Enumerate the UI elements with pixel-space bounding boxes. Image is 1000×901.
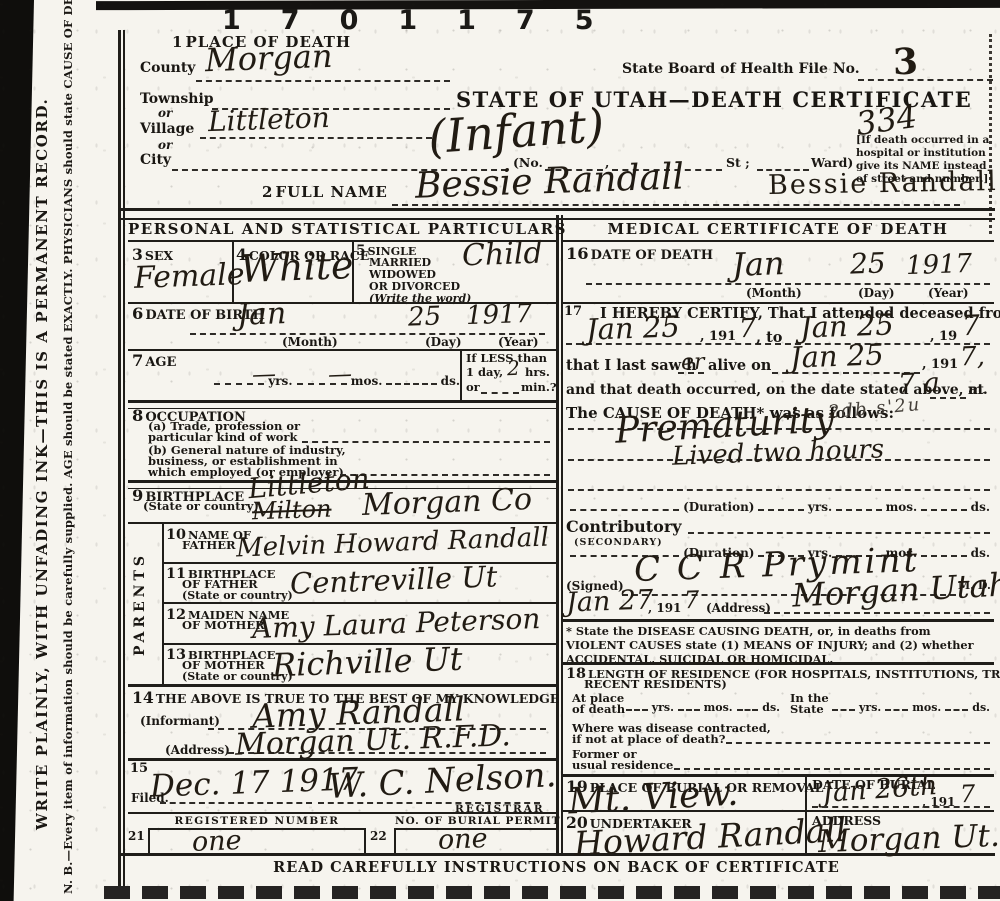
residence-at-place-2: of death: [572, 703, 625, 716]
file-no-line: [858, 79, 993, 81]
dashed-line: [945, 709, 968, 711]
age-or-label: or: [466, 381, 480, 394]
age-units-row: yrs. mos. ds.: [210, 368, 460, 388]
certify-year-2-value: 7: [962, 312, 981, 341]
contributory-label: Contributory: [566, 518, 682, 536]
marital-value: Child: [462, 239, 544, 272]
dod-label-text: DATE OF DEATH: [591, 248, 713, 263]
age-hrs-value: 2: [507, 358, 520, 378]
dob-day-caption: (Day): [425, 336, 462, 349]
age-min-line: [481, 392, 519, 394]
dod-label: 16DATE OF DEATH: [566, 245, 713, 264]
dod-year: 1917: [906, 251, 973, 279]
dob-number: 6: [132, 304, 143, 323]
cause-value-2: Lived two hours: [672, 436, 885, 469]
cause-ds-label: ds.: [971, 500, 990, 514]
death-hour-m-label: m.: [968, 383, 988, 399]
file-no-value: 3: [892, 44, 918, 81]
registered-number-value: one: [192, 827, 243, 856]
birthplace-number: 9: [132, 486, 143, 505]
margin-nb-note: N. B.—Every item of information should b…: [60, 48, 116, 894]
full-name-number: 2: [262, 183, 273, 201]
row-19-bottom-rule: [562, 810, 994, 812]
cause-mos-label: mos.: [886, 500, 918, 514]
village-line: [200, 137, 432, 139]
dashed-line: [737, 709, 759, 711]
right-section-title-rule: [562, 240, 994, 242]
dashed-line: [570, 509, 679, 511]
father-bp-value: Centreville Ut: [290, 562, 498, 598]
dod-number: 16: [566, 244, 589, 263]
contributory-ds-label: ds.: [971, 546, 990, 560]
age-label: 7AGE: [132, 352, 176, 371]
informant-address-label: (Address): [165, 744, 230, 757]
dashed-line: [836, 509, 881, 511]
burial-permit-value: one: [438, 825, 489, 854]
county-label: County: [140, 61, 195, 77]
contributory-line: [688, 532, 990, 534]
dod-month-caption: (Month): [746, 287, 802, 300]
registrar-signature-value: W. C. Nelson.: [327, 758, 557, 804]
dod-day-caption: (Day): [858, 287, 895, 300]
dashed-line: [832, 709, 855, 711]
death-certificate-scan: WRITE PLAINLY, WITH UNFADING INK—THIS IS…: [0, 0, 1000, 901]
marital-number: 5: [356, 243, 366, 259]
age-less-line-2: 1 day,: [466, 366, 503, 379]
informant-label: (Informant): [140, 715, 220, 728]
dashed-line: [885, 709, 908, 711]
footer-instruction: READ CAREFULLY INSTRUCTIONS ON BACK OF C…: [118, 860, 995, 876]
certify-year-1-value: 7: [739, 316, 756, 343]
right-section-title: MEDICAL CERTIFICATE OF DEATH: [562, 221, 994, 238]
form-border-left-outer: [118, 30, 121, 886]
certify-to-label: , to: [756, 330, 782, 346]
age-subbox-divider: [460, 349, 462, 400]
age-hrs-label: hrs.: [525, 366, 550, 379]
birthplace-struck-value: Milton: [252, 497, 332, 524]
dashed-line: [297, 383, 347, 385]
occupation-b-fill-line: [340, 474, 550, 476]
dashed-line: [386, 383, 436, 385]
certify-from-date: Jan 25: [586, 312, 681, 344]
cause-yrs-label: yrs.: [808, 500, 832, 514]
registration-stamp-number: 1701175: [222, 6, 634, 36]
registered-number-section: 21: [128, 830, 145, 843]
street-label: St ;: [726, 156, 750, 170]
truth-number: 14: [132, 688, 154, 707]
column-divider-inner: [561, 215, 563, 855]
parents-side-label: PARENTS: [133, 528, 157, 680]
section-1-number: 1: [172, 33, 183, 51]
certify-year-3-value: 7,: [960, 344, 986, 371]
margin-permanent-record-note: WRITE PLAINLY, WITH UNFADING INK—THIS IS…: [34, 36, 60, 892]
parents-bottom-rule: [128, 684, 556, 687]
dob-month: Jan: [236, 299, 286, 331]
mother-bp-value: Richville Ut: [271, 643, 463, 682]
row-15-bottom-rule: [128, 812, 556, 814]
occupation-a-line-2: particular kind of work: [148, 431, 297, 444]
dob-line: [190, 333, 545, 335]
scan-edge-bottom: [104, 886, 1000, 899]
father-bp-label-3: (State or country): [182, 590, 293, 602]
form-border-left-inner: [123, 30, 125, 886]
hospital-note: [If death occurred in a hospital or inst…: [856, 134, 994, 187]
burial-permit-section: 22: [370, 830, 387, 843]
residence-in-state-row: yrs. mos. ds.: [828, 696, 990, 714]
cause-line-3: [568, 489, 990, 491]
registered-number-label: REGISTERED NUMBER: [150, 816, 364, 828]
burial-date-value: Jan 26th: [821, 772, 938, 807]
physician-address-value: Morgan Utah: [791, 568, 1000, 611]
dob-day: 25: [408, 303, 442, 330]
residence-ds-label-2: ds.: [972, 701, 990, 714]
dod-month: Jan: [731, 247, 785, 281]
former-residence-label-2: usual residence: [572, 759, 673, 772]
burial-year-value: 7: [960, 782, 976, 807]
certify-year-2-preprint: , 19: [930, 330, 957, 345]
dob-month-caption: (Month): [282, 336, 338, 349]
birthplace-sub-label: (State or country): [143, 500, 259, 513]
former-residence-line: [674, 768, 990, 770]
or-label-2: or: [158, 139, 172, 152]
age-ds-label: ds.: [441, 374, 460, 388]
dashed-line: [758, 509, 803, 511]
cause-duration-row: (Duration) yrs. mos. ds.: [566, 496, 990, 514]
or-label-1: or: [158, 107, 172, 120]
signed-year-preprint: , 191: [648, 602, 681, 615]
full-name-label-text: FULL NAME: [275, 183, 387, 201]
dod-day: 25: [850, 249, 887, 278]
dashed-line: [921, 509, 966, 511]
column-divider-outer: [556, 215, 559, 855]
age-mos-label: mos.: [351, 374, 383, 388]
certify-year-1-preprint: , 191: [700, 330, 736, 345]
birthplace-county-value: Morgan Co: [362, 485, 533, 521]
row-16-bottom-rule: [562, 302, 994, 304]
certify-her-value: er: [681, 352, 705, 375]
dashed-line: [921, 555, 966, 557]
residence-yrs-label-1: yrs.: [652, 701, 674, 714]
certify-last-seen-date: Jan 25: [790, 340, 885, 372]
dashed-line: [678, 709, 700, 711]
residence-number: 18: [566, 666, 586, 682]
cause-duration-label: (Duration): [683, 500, 754, 514]
burial-date-line: [812, 806, 990, 808]
death-hour-line: [930, 397, 966, 399]
registered-number-box: [148, 828, 366, 856]
infant-annotation: (Infant): [427, 102, 606, 160]
informant-address-value: Morgan Ut. R.F.D.: [235, 721, 512, 761]
footnote-bottom-rule: [562, 662, 994, 665]
age-min-label: min.?: [521, 381, 557, 394]
race-value: White: [239, 246, 354, 288]
residence-mos-label-1: mos.: [704, 701, 733, 714]
age-yrs-label: yrs.: [268, 374, 292, 388]
occupation-number: 8: [132, 406, 143, 425]
certify-section-number: 17: [564, 305, 582, 320]
residence-yrs-label-2: yrs.: [859, 701, 881, 714]
county-line: [196, 80, 450, 82]
certify-line-3b: alive on: [708, 358, 771, 374]
village-label: Village: [140, 122, 194, 138]
dob-year-caption: (Year): [498, 336, 539, 349]
dashed-line: [626, 709, 648, 711]
father-name-label-2: FATHER: [182, 539, 236, 552]
mother-name-value: Amy Laura Peterson: [252, 605, 541, 643]
residence-label-2: RECENT RESIDENTS): [584, 678, 727, 691]
undertaker-address-value: Morgan Ut.: [818, 821, 1000, 858]
village-value: Littleton: [208, 104, 331, 136]
city-label: City: [140, 153, 171, 169]
cause-pencil-note: 2db s'2u: [827, 396, 922, 422]
residence-mos-label-2: mos.: [912, 701, 941, 714]
county-value: Morgan: [204, 40, 333, 76]
residence-at-place-row: yrs. mos. ds.: [622, 696, 780, 714]
left-section-title: PERSONAL AND STATISTICAL PARTICULARS: [128, 221, 556, 238]
township-label: Township: [140, 92, 214, 108]
contributory-bottom-rule: [562, 619, 994, 622]
residence-ds-label-1: ds.: [762, 701, 780, 714]
father-name-value: Melvin Howard Randall: [236, 525, 550, 562]
scan-edge-left: [0, 0, 34, 901]
age-label-text: AGE: [145, 355, 176, 370]
violent-causes-footnote: * State the DISEASE CAUSING DEATH, or, i…: [566, 624, 990, 666]
residence-in-state-2: State: [790, 703, 824, 716]
sex-value: Female: [134, 260, 246, 294]
dashed-line: [214, 383, 264, 385]
full-name-script-value: Bessie Randall: [414, 159, 684, 204]
dod-year-caption: (Year): [928, 287, 969, 300]
file-no-label: State Board of Health File No.: [622, 62, 860, 78]
physician-address-label: (Address): [706, 602, 771, 615]
filed-section-number: 15: [130, 762, 148, 777]
disease-contracted-label-2: if not at place of death?: [572, 733, 725, 746]
dod-line: [586, 283, 990, 285]
disease-contracted-line: [726, 742, 990, 744]
dob-year: 1917: [466, 301, 533, 329]
signed-year-value: 7: [684, 588, 700, 613]
age-number: 7: [132, 351, 143, 370]
full-name-label: 2FULL NAME: [262, 184, 388, 201]
signed-date-value: Jan 27: [566, 586, 654, 616]
